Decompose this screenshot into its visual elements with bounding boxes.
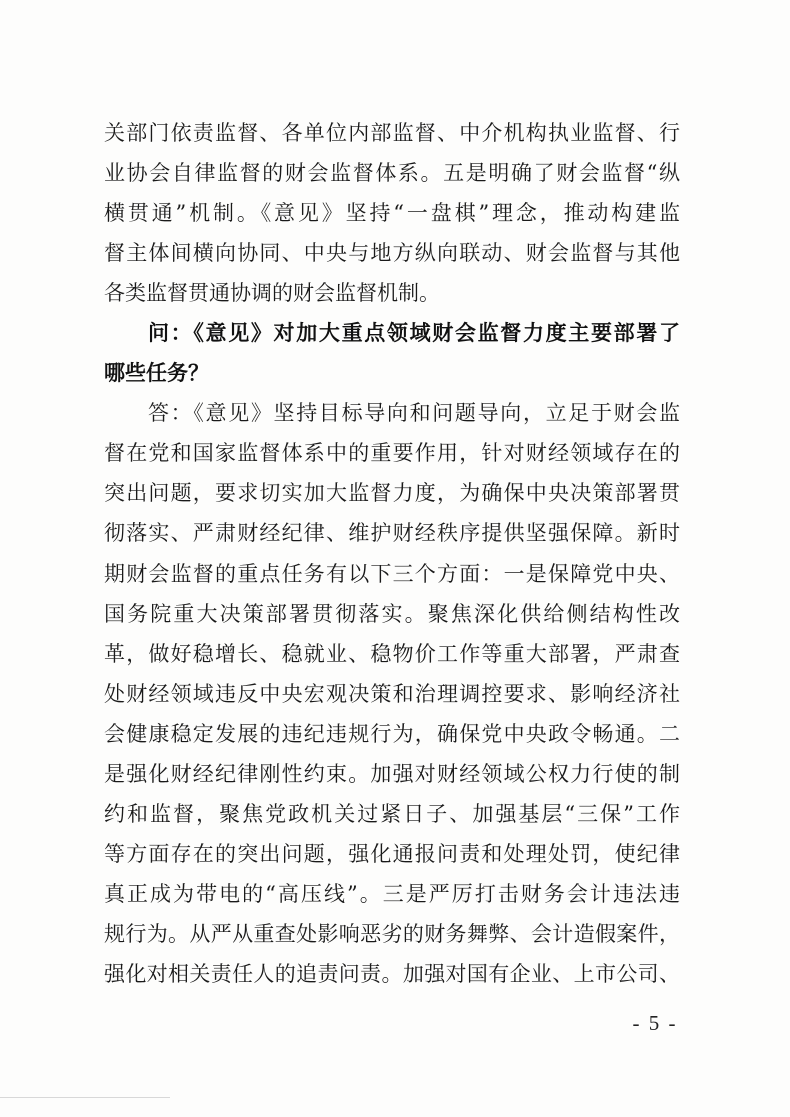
answer-line: 真正成为带电的“高压线”。三是严厉打击财务会计违法违 [104, 874, 680, 914]
answer-line: 强化对相关责任人的追责问责。加强对国有企业、上市公司、 [104, 954, 680, 994]
answer-line: 等方面存在的突出问题，强化通报问责和处理处罚，使纪律 [104, 834, 680, 874]
paragraph-line: 关部门依责监督、各单位内部监督、中介机构执业监督、行 [104, 113, 680, 153]
question-heading: 问：《意见》对加大重点领域财会监督力度主要部署了 [104, 313, 680, 353]
answer-line: 是强化财经纪律刚性约束。加强对财经领域公权力行使的制 [104, 754, 680, 794]
answer-line: 会健康稳定发展的违纪违规行为，确保党中央政令畅通。二 [104, 714, 680, 754]
answer-line: 答：《意见》坚持目标导向和问题导向，立足于财会监 [104, 393, 680, 433]
answer-line: 突出问题，要求切实加大监督力度，为确保中央决策部署贯 [104, 473, 680, 513]
body-text: 关部门依责监督、各单位内部监督、中介机构执业监督、行 业协会自律监督的财会监督体… [104, 113, 680, 994]
paragraph-line: 督主体间横向协同、中央与地方纵向联动、财会监督与其他 [104, 233, 680, 273]
answer-line: 国务院重大决策部署贯彻落实。聚焦深化供给侧结构性改 [104, 594, 680, 634]
paragraph-line: 横贯通”机制。《意见》坚持“一盘棋”理念，推动构建监 [104, 193, 680, 233]
answer-line: 规行为。从严从重查处影响恶劣的财务舞弊、会计造假案件， [104, 914, 680, 954]
document-page: 关部门依责监督、各单位内部监督、中介机构执业监督、行 业协会自律监督的财会监督体… [0, 0, 790, 1117]
paragraph-line: 各类监督贯通协调的财会监督机制。 [104, 273, 680, 313]
question-heading: 哪些任务？ [104, 353, 680, 393]
answer-line: 期财会监督的重点任务有以下三个方面：一是保障党中央、 [104, 554, 680, 594]
answer-line: 约和监督，聚焦党政机关过紧日子、加强基层“三保”工作 [104, 794, 680, 834]
answer-line: 处财经领域违反中央宏观决策和治理调控要求、影响经济社 [104, 674, 680, 714]
page-number: - 5 - [628, 1011, 682, 1036]
answer-line: 革，做好稳增长、稳就业、稳物价工作等重大部署，严肃查 [104, 634, 680, 674]
answer-line: 彻落实、严肃财经纪律、维护财经秩序提供坚强保障。新时 [104, 513, 680, 553]
paragraph-line: 业协会自律监督的财会监督体系。五是明确了财会监督“纵 [104, 153, 680, 193]
answer-line: 督在党和国家监督体系中的重要作用，针对财经领域存在的 [104, 433, 680, 473]
scan-artifact-divider [0, 1097, 170, 1098]
